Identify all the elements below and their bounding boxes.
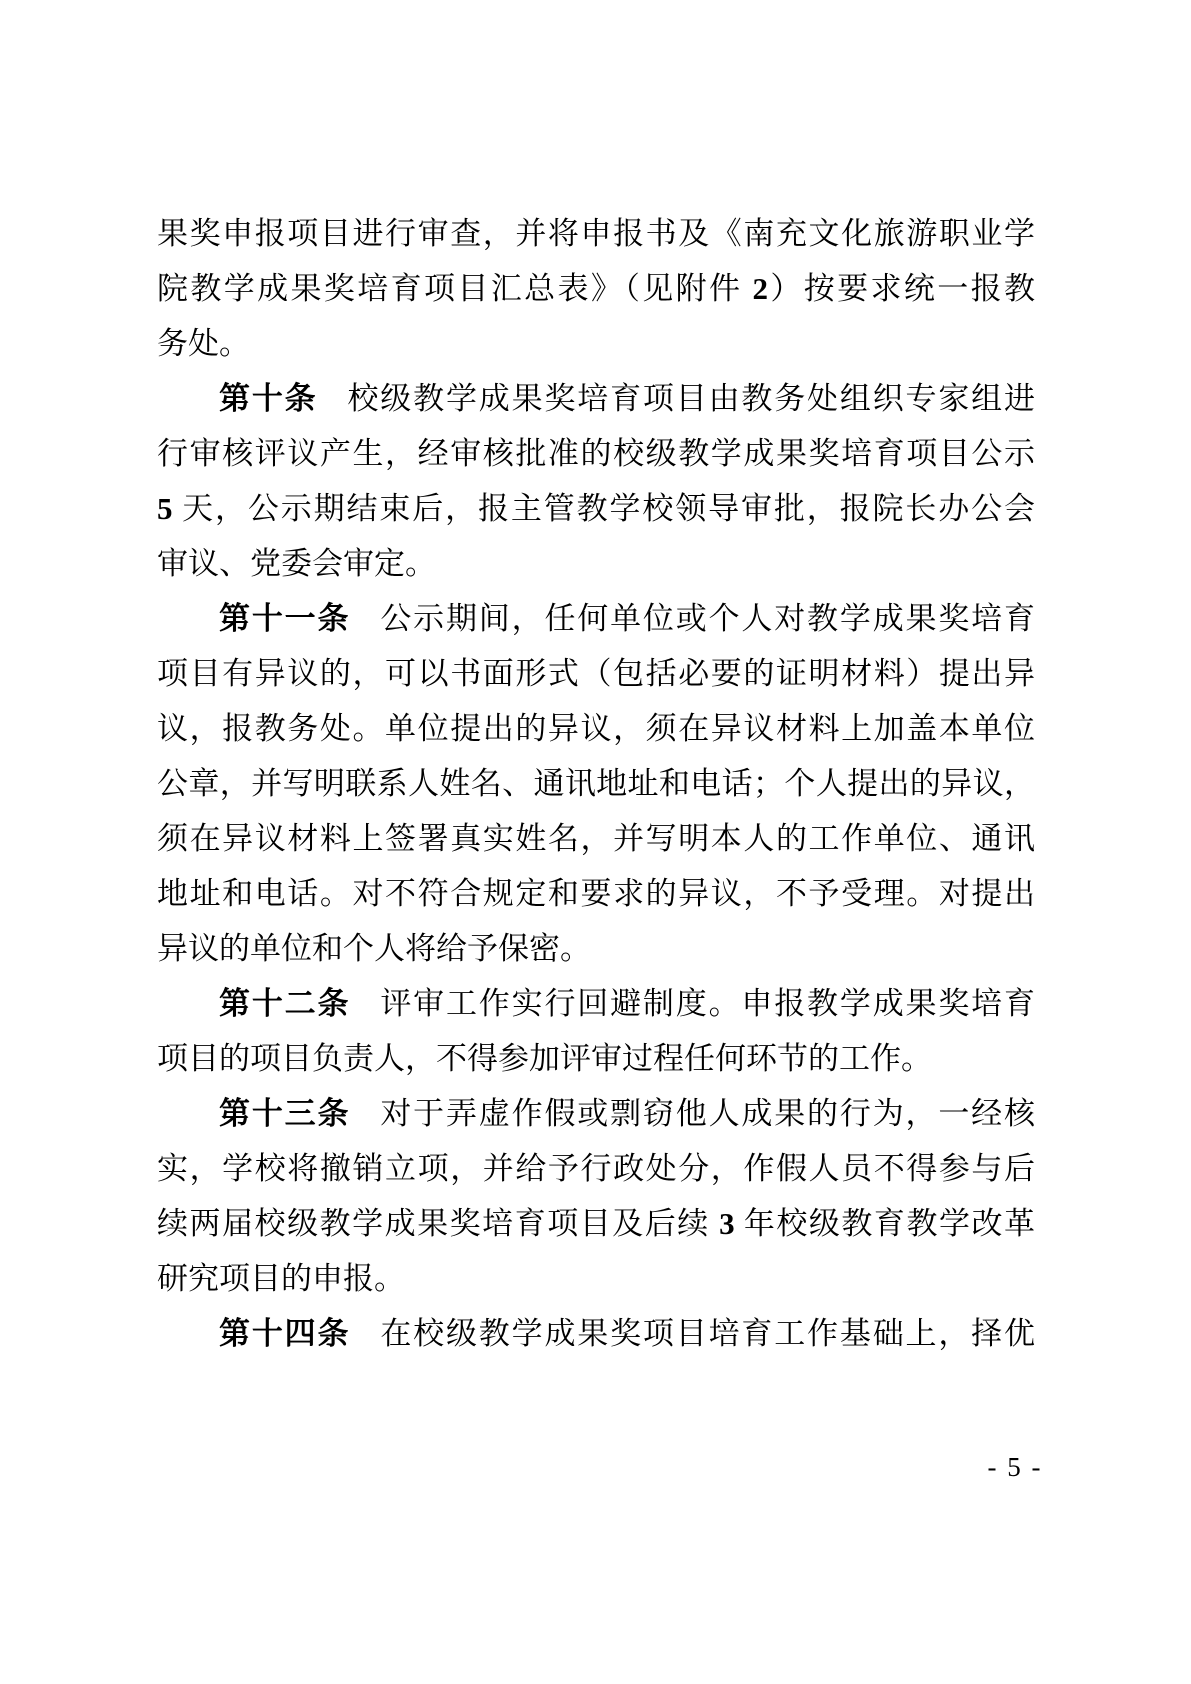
text-line: 第十四条在校级教学成果奖项目培育工作基础上，择优	[157, 1306, 1035, 1361]
text-line: 5 天，公示期结束后，报主管教学校领导审批，报院长办公会	[157, 481, 1035, 536]
text-line: 第十条校级教学成果奖培育项目由教务处组织专家组进	[157, 371, 1035, 426]
text-line: 续两届校级教学成果奖培育项目及后续 3 年校级教育教学改革	[157, 1196, 1035, 1251]
paragraph: 第十二条评审工作实行回避制度。申报教学成果奖培育项目的项目负责人，不得参加评审过…	[157, 976, 1035, 1086]
text-line: 果奖申报项目进行审查，并将申报书及《南充文化旅游职业学	[157, 206, 1035, 261]
number: 5	[157, 491, 173, 526]
article-number: 第十一条	[219, 601, 350, 636]
text-line: 研究项目的申报。	[157, 1251, 1035, 1306]
paragraph: 第十三条对于弄虚作假或剽窃他人成果的行为，一经核实，学校将撤销立项，并给予行政处…	[157, 1086, 1035, 1306]
text-line: 实，学校将撤销立项，并给予行政处分，作假人员不得参与后	[157, 1141, 1035, 1196]
number: 2	[752, 271, 768, 306]
article-number: 第十条	[219, 381, 317, 416]
document-page: 果奖申报项目进行审查，并将申报书及《南充文化旅游职业学院教学成果奖培育项目汇总表…	[0, 0, 1191, 1684]
paragraph: 第十一条公示期间，任何单位或个人对教学成果奖培育项目有异议的，可以书面形式（包括…	[157, 591, 1035, 976]
text-line: 地址和电话。对不符合规定和要求的异议，不予受理。对提出	[157, 866, 1035, 921]
text-line: 议，报教务处。单位提出的异议，须在异议材料上加盖本单位	[157, 701, 1035, 756]
article-number: 第十四条	[219, 1316, 350, 1351]
article-number: 第十二条	[219, 986, 350, 1021]
text-line: 行审核评议产生，经审核批准的校级教学成果奖培育项目公示	[157, 426, 1035, 481]
page-number: - 5 -	[955, 1452, 1075, 1483]
text-line: 第十二条评审工作实行回避制度。申报教学成果奖培育	[157, 976, 1035, 1031]
text-line: 公章，并写明联系人姓名、通讯地址和电话；个人提出的异议，	[157, 756, 1035, 811]
text-line: 院教学成果奖培育项目汇总表》（见附件 2）按要求统一报教	[157, 261, 1035, 316]
article-number: 第十三条	[219, 1096, 350, 1131]
text-line: 第十一条公示期间，任何单位或个人对教学成果奖培育	[157, 591, 1035, 646]
text-line: 第十三条对于弄虚作假或剽窃他人成果的行为，一经核	[157, 1086, 1035, 1141]
text-line: 务处。	[157, 316, 1035, 371]
text-line: 须在异议材料上签署真实姓名，并写明本人的工作单位、通讯	[157, 811, 1035, 866]
paragraph: 第十条校级教学成果奖培育项目由教务处组织专家组进行审核评议产生，经审核批准的校级…	[157, 371, 1035, 591]
document-body: 果奖申报项目进行审查，并将申报书及《南充文化旅游职业学院教学成果奖培育项目汇总表…	[157, 206, 1035, 1361]
text-line: 项目的项目负责人，不得参加评审过程任何环节的工作。	[157, 1031, 1035, 1086]
text-line: 项目有异议的，可以书面形式（包括必要的证明材料）提出异	[157, 646, 1035, 701]
number: 3	[719, 1206, 735, 1241]
text-line: 审议、党委会审定。	[157, 536, 1035, 591]
paragraph: 果奖申报项目进行审查，并将申报书及《南充文化旅游职业学院教学成果奖培育项目汇总表…	[157, 206, 1035, 371]
text-line: 异议的单位和个人将给予保密。	[157, 921, 1035, 976]
paragraph: 第十四条在校级教学成果奖项目培育工作基础上，择优	[157, 1306, 1035, 1361]
